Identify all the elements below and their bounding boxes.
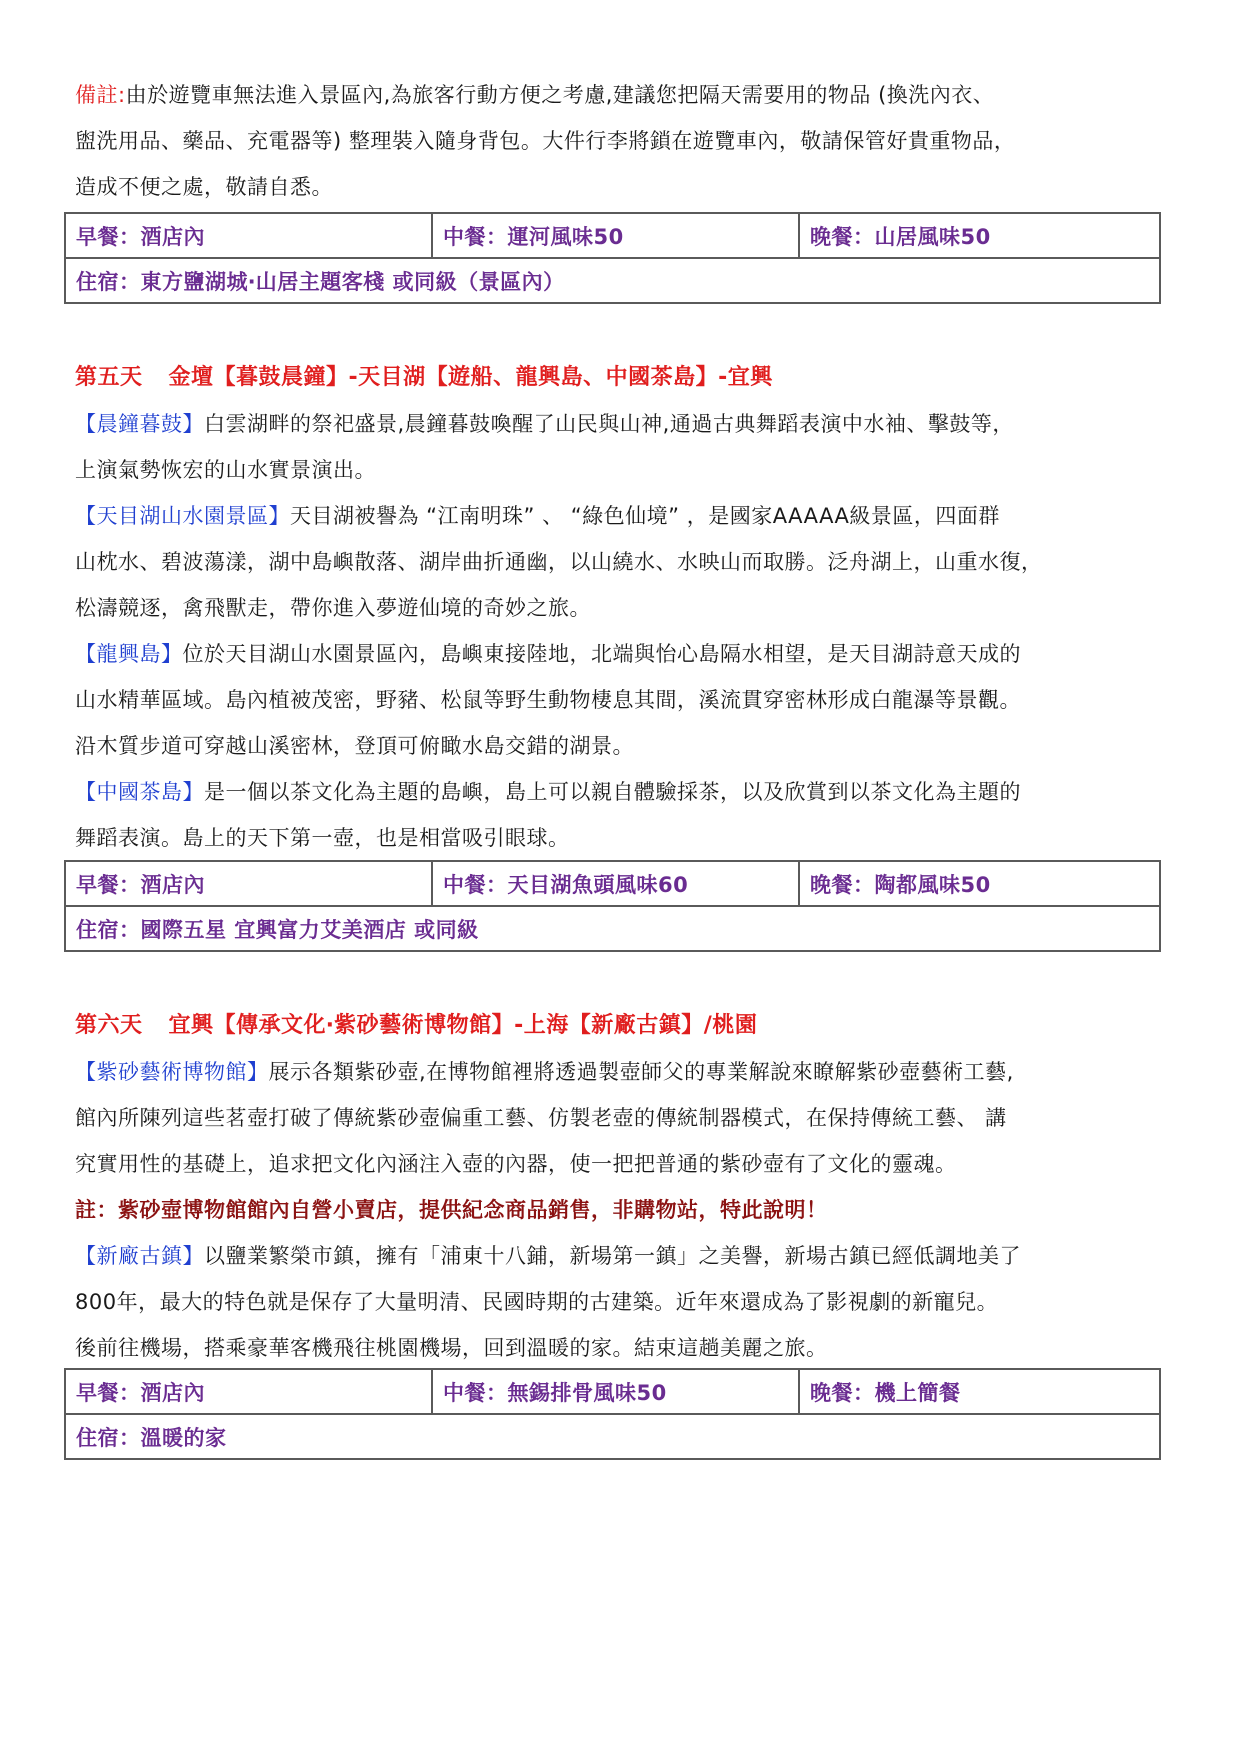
day5-block: 第五天金壇【暮鼓晨鐘】-天目湖【遊船、龍興島、中國茶島】-宜興 【晨鐘暮鼓】白雲…: [75, 355, 1165, 861]
day6-meals-table: 早餐：酒店內 中餐：無錫排骨風味50 晚餐：機上簡餐 住宿：溫暖的家: [64, 1368, 1161, 1460]
day5-section-1-line-2: 上演氣勢恢宏的山水實景演出。: [75, 447, 1165, 493]
day4-meals-table: 早餐：酒店內 中餐：運河風味50 晚餐：山居風味50 住宿：東方鹽湖城‧山居主題…: [64, 212, 1161, 304]
dinner-cell: 晚餐：機上簡餐: [799, 1369, 1160, 1414]
day5-section-2-line-3: 松濤競逐，禽飛獸走，帶你進入夢遊仙境的奇妙之旅。: [75, 585, 1165, 631]
day5-section-4-line-2: 舞蹈表演。島上的天下第一壺，也是相當吸引眼球。: [75, 815, 1165, 861]
day6-section-1-line-3: 究實用性的基礎上，追求把文化內涵注入壺的內器，使一把把普通的紫砂壺有了文化的靈魂…: [75, 1141, 1165, 1187]
breakfast-cell: 早餐：酒店內: [65, 1369, 432, 1414]
breakfast-cell: 早餐：酒店內: [65, 213, 432, 258]
day6-heading: 第六天宜興【傳承文化‧紫砂藝術博物館】-上海【新廠古鎮】/桃園: [75, 1003, 1165, 1049]
day6-section-1-line-2: 館內所陳列這些茗壺打破了傳統紫砂壺偏重工藝、仿製老壺的傳統制器模式，在保持傳統工…: [75, 1095, 1165, 1141]
note-label: 備註:: [75, 83, 126, 107]
lodging-cell: 住宿：國際五星 宜興富力艾美酒店 或同級: [65, 906, 1160, 951]
shop-note: 註：紫砂壺博物館館內自營小賣店，提供紀念商品銷售，非購物站，特此說明！: [75, 1187, 1165, 1233]
note-line-2: 盥洗用品、藥品、充電器等) 整理裝入隨身背包。大件行李將鎖在遊覽車內，敬請保管好…: [75, 118, 1165, 164]
day5-section-1-line-1: 【晨鐘暮鼓】白雲湖畔的祭祀盛景,晨鐘暮鼓喚醒了山民與山神,通過古典舞蹈表演中水袖…: [75, 401, 1165, 447]
lodging-cell: 住宿：東方鹽湖城‧山居主題客棧 或同級（景區內）: [65, 258, 1160, 303]
lodging-cell: 住宿：溫暖的家: [65, 1414, 1160, 1459]
day5-section-3-line-3: 沿木質步道可穿越山溪密林，登頂可俯瞰水島交錯的湖景。: [75, 723, 1165, 769]
day5-section-4-line-1: 【中國茶島】是一個以茶文化為主題的島嶼，島上可以親自體驗採茶，以及欣賞到以茶文化…: [75, 769, 1165, 815]
attraction-tag: 【天目湖山水園景區】: [75, 504, 290, 528]
dinner-cell: 晚餐：山居風味50: [799, 213, 1160, 258]
note-block: 備註:由於遊覽車無法進入景區內,為旅客行動方便之考慮,建議您把隔天需要用的物品 …: [75, 72, 1165, 210]
attraction-tag: 【紫砂藝術博物館】: [75, 1060, 269, 1084]
day6-section-2-line-3: 後前往機場，搭乘豪華客機飛往桃園機場，回到溫暖的家。結束這趟美麗之旅。: [75, 1325, 1165, 1371]
day5-section-2-line-1: 【天目湖山水園景區】天目湖被譽為 “江南明珠” 、 “綠色仙境” ，是國家AAA…: [75, 493, 1165, 539]
day5-meals-table: 早餐：酒店內 中餐：天目湖魚頭風味60 晚餐：陶都風味50 住宿：國際五星 宜興…: [64, 860, 1161, 952]
day5-section-2-line-2: 山枕水、碧波蕩漾，湖中島嶼散落、湖岸曲折通幽，以山繞水、水映山而取勝。泛舟湖上，…: [75, 539, 1165, 585]
lunch-cell: 中餐：天目湖魚頭風味60: [432, 861, 799, 906]
note-line-1: 備註:由於遊覽車無法進入景區內,為旅客行動方便之考慮,建議您把隔天需要用的物品 …: [75, 72, 1165, 118]
lunch-cell: 中餐：無錫排骨風味50: [432, 1369, 799, 1414]
attraction-tag: 【龍興島】: [75, 642, 183, 666]
day6-section-2-line-1: 【新廠古鎮】以鹽業繁榮市鎮，擁有「浦東十八鋪，新場第一鎮」之美譽，新場古鎮已經低…: [75, 1233, 1165, 1279]
day6-section-1-line-1: 【紫砂藝術博物館】展示各類紫砂壺,在博物館裡將透過製壺師父的專業解說來瞭解紫砂壺…: [75, 1049, 1165, 1095]
day5-section-3-line-2: 山水精華區域。島內植被茂密，野豬、松鼠等野生動物棲息其間，溪流貫穿密林形成白龍瀑…: [75, 677, 1165, 723]
lunch-cell: 中餐：運河風味50: [432, 213, 799, 258]
day5-section-3-line-1: 【龍興島】位於天目湖山水園景區內，島嶼東接陸地，北端與怡心島隔水相望，是天目湖詩…: [75, 631, 1165, 677]
dinner-cell: 晚餐：陶都風味50: [799, 861, 1160, 906]
attraction-tag: 【中國茶島】: [75, 780, 204, 804]
day6-section-2-line-2: 800年，最大的特色就是保存了大量明清、民國時期的古建築。近年來還成為了影視劇的…: [75, 1279, 1165, 1325]
attraction-tag: 【晨鐘暮鼓】: [75, 412, 204, 436]
day5-heading: 第五天金壇【暮鼓晨鐘】-天目湖【遊船、龍興島、中國茶島】-宜興: [75, 355, 1165, 401]
note-line-3: 造成不便之處，敬請自悉。: [75, 164, 1165, 210]
day6-block: 第六天宜興【傳承文化‧紫砂藝術博物館】-上海【新廠古鎮】/桃園 【紫砂藝術博物館…: [75, 1003, 1165, 1371]
attraction-tag: 【新廠古鎮】: [75, 1244, 204, 1268]
breakfast-cell: 早餐：酒店內: [65, 861, 432, 906]
